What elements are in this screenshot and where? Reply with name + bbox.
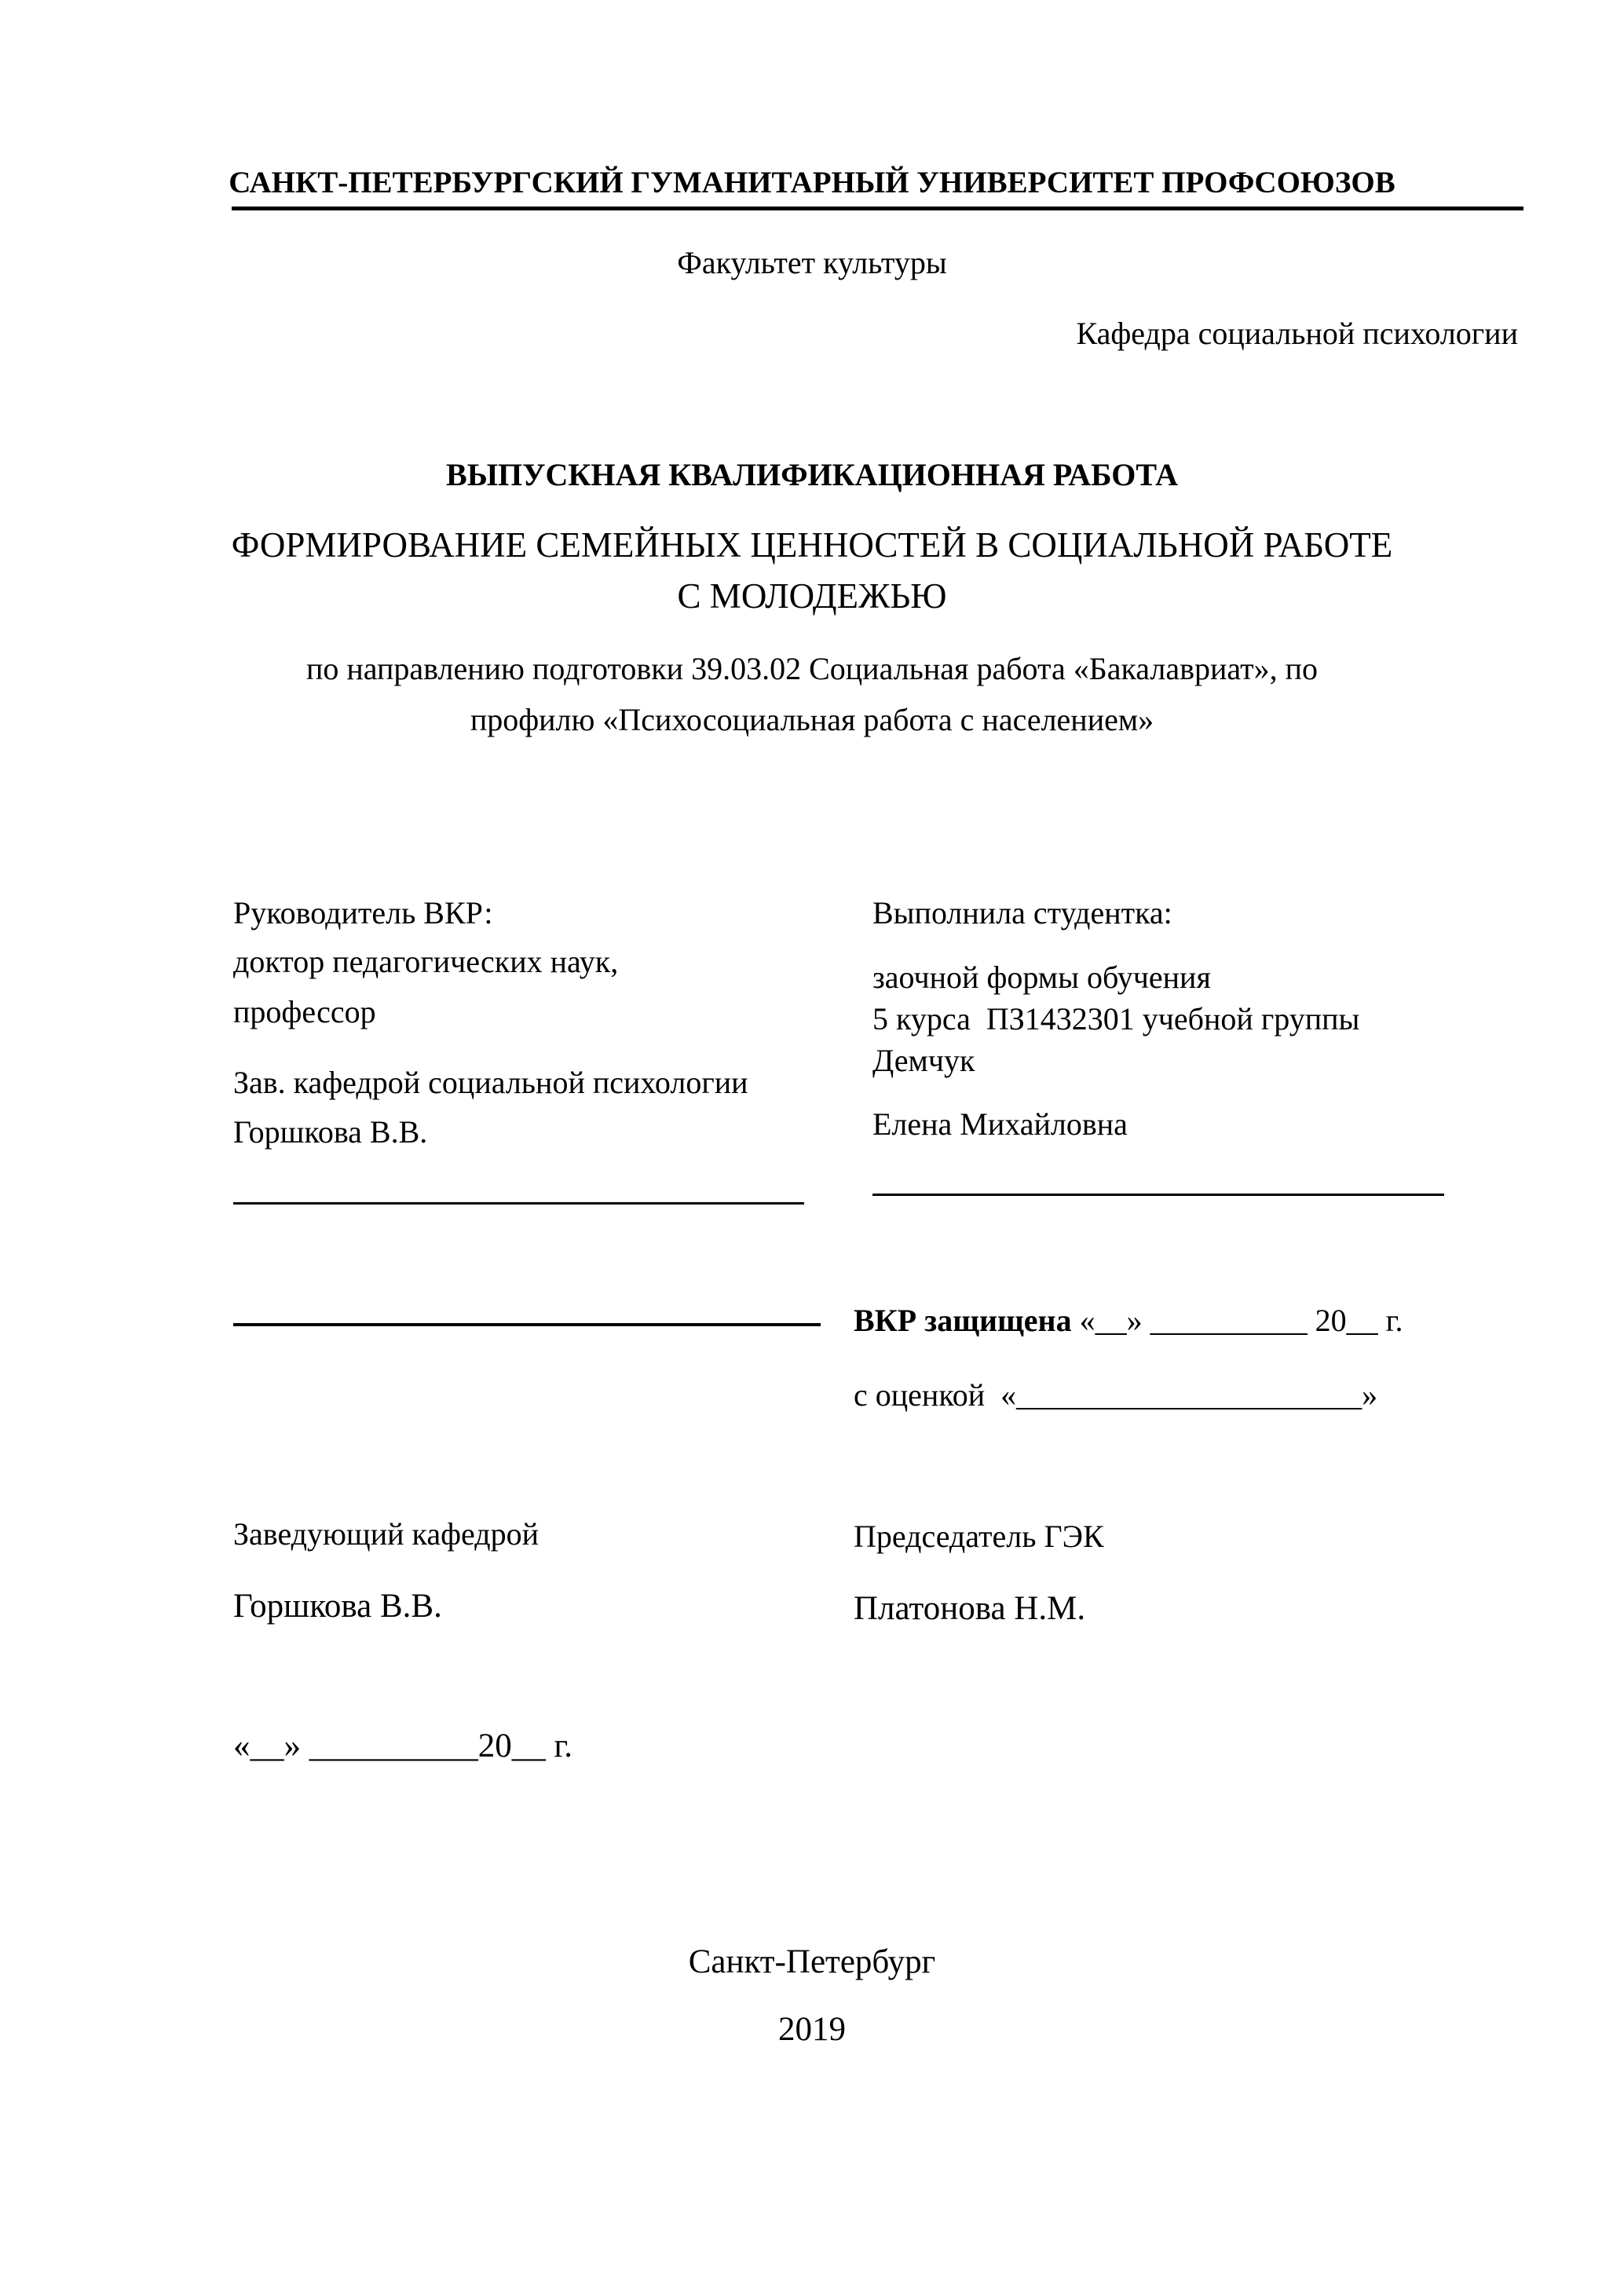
supervisor-degree: доктор педагогических наук,: [233, 946, 618, 978]
defense-grade: с оценкой «______________________»: [854, 1380, 1377, 1411]
topic-title-line2: С МОЛОДЕЖЬЮ: [0, 579, 1624, 614]
student-label: Выполнила студентка:: [872, 898, 1172, 929]
supervisor-position: Зав. кафедрой социальной психологии: [233, 1067, 748, 1099]
faculty-name: Факультет культуры: [0, 247, 1624, 279]
student-study-form: заочной формы обучения: [872, 962, 1211, 993]
commission-chair-label: Председатель ГЭК: [854, 1521, 1104, 1552]
head-of-department-name: Горшкова В.В.: [233, 1589, 442, 1623]
university-name: САНКТ-ПЕТЕРБУРГСКИЙ ГУМАНИТАРНЫЙ УНИВЕРС…: [0, 167, 1624, 198]
work-type-heading: ВЫПУСКНАЯ КВАЛИФИКАЦИОННАЯ РАБОТА: [0, 459, 1624, 491]
direction-line2: профилю «Психосоциальная работа с населе…: [0, 704, 1624, 736]
supervisor-rank: профессор: [233, 996, 376, 1028]
supervisor-name: Горшкова В.В.: [233, 1117, 427, 1148]
year: 2019: [0, 2013, 1624, 2046]
city: Санкт-Петербург: [0, 1945, 1624, 1979]
student-signature-line: [872, 1194, 1444, 1196]
admission-signature-line: [233, 1323, 821, 1326]
head-of-department-date: «__» __________20__ г.: [233, 1729, 572, 1763]
defense-label: ВКР защищена: [854, 1303, 1072, 1338]
header-rule: [232, 207, 1523, 210]
student-surname: Демчук: [872, 1045, 975, 1077]
defense-line: ВКР защищена «__» __________ 20__ г.: [854, 1305, 1403, 1336]
head-of-department-label: Заведующий кафедрой: [233, 1519, 539, 1550]
commission-chair-name: Платонова Н.М.: [854, 1592, 1085, 1625]
department-name: Кафедра социальной психологии: [1076, 318, 1518, 349]
student-course-group: 5 курса ПЗ1432301 учебной группы: [872, 1004, 1359, 1035]
direction-line1: по направлению подготовки 39.03.02 Социа…: [0, 653, 1624, 685]
supervisor-label: Руководитель ВКР:: [233, 898, 493, 929]
supervisor-signature-line: [233, 1202, 804, 1205]
student-given-names: Елена Михайловна: [872, 1109, 1128, 1140]
topic-title-line1: ФОРМИРОВАНИЕ СЕМЕЙНЫХ ЦЕННОСТЕЙ В СОЦИАЛ…: [0, 528, 1624, 563]
defense-date: «__» __________ 20__ г.: [1072, 1303, 1403, 1338]
